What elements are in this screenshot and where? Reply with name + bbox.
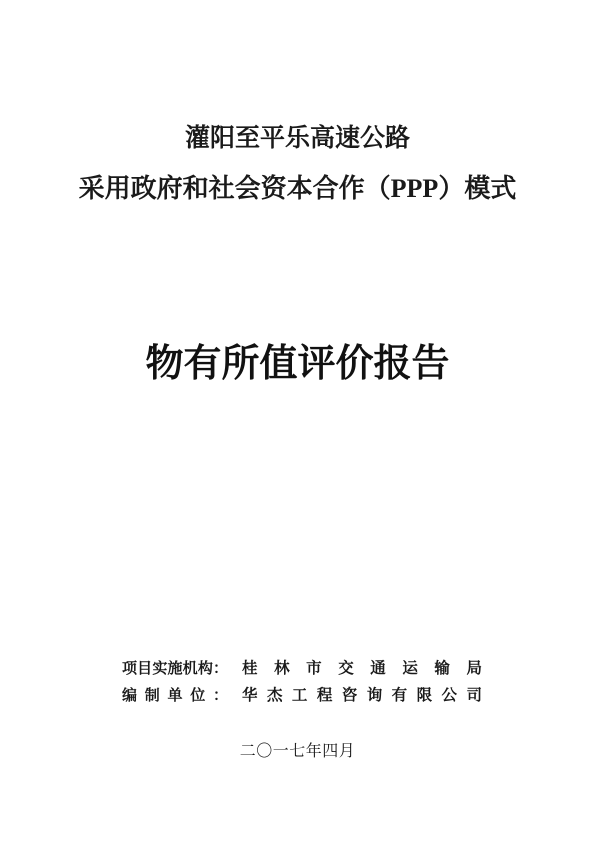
info-row-implementing-agency: 项目实施机构： 桂 林 市 交 通 运 输 局	[122, 655, 482, 682]
project-name-line: 灌阳至平乐高速公路	[0, 122, 595, 155]
implementing-agency-label: 项目实施机构：	[122, 655, 228, 682]
info-row-preparing-unit: 编 制 单 位 ： 华 杰 工 程 咨 询 有 限 公 司	[122, 682, 482, 709]
info-block: 项目实施机构： 桂 林 市 交 通 运 输 局 编 制 单 位 ： 华 杰 工 …	[122, 655, 482, 709]
document-cover-page: 灌阳至平乐高速公路 采用政府和社会资本合作（PPP）模式 物有所值评价报告 项目…	[0, 0, 595, 841]
header-block: 灌阳至平乐高速公路 采用政府和社会资本合作（PPP）模式	[0, 122, 595, 205]
report-title: 物有所值评价报告	[0, 340, 595, 388]
preparing-unit-value: 华 杰 工 程 咨 询 有 限 公 司	[242, 682, 482, 709]
project-mode-line: 采用政府和社会资本合作（PPP）模式	[0, 172, 595, 205]
report-date: 二〇一七年四月	[0, 741, 595, 763]
preparing-unit-label: 编 制 单 位 ：	[122, 682, 228, 709]
implementing-agency-value: 桂 林 市 交 通 运 输 局	[242, 655, 482, 682]
